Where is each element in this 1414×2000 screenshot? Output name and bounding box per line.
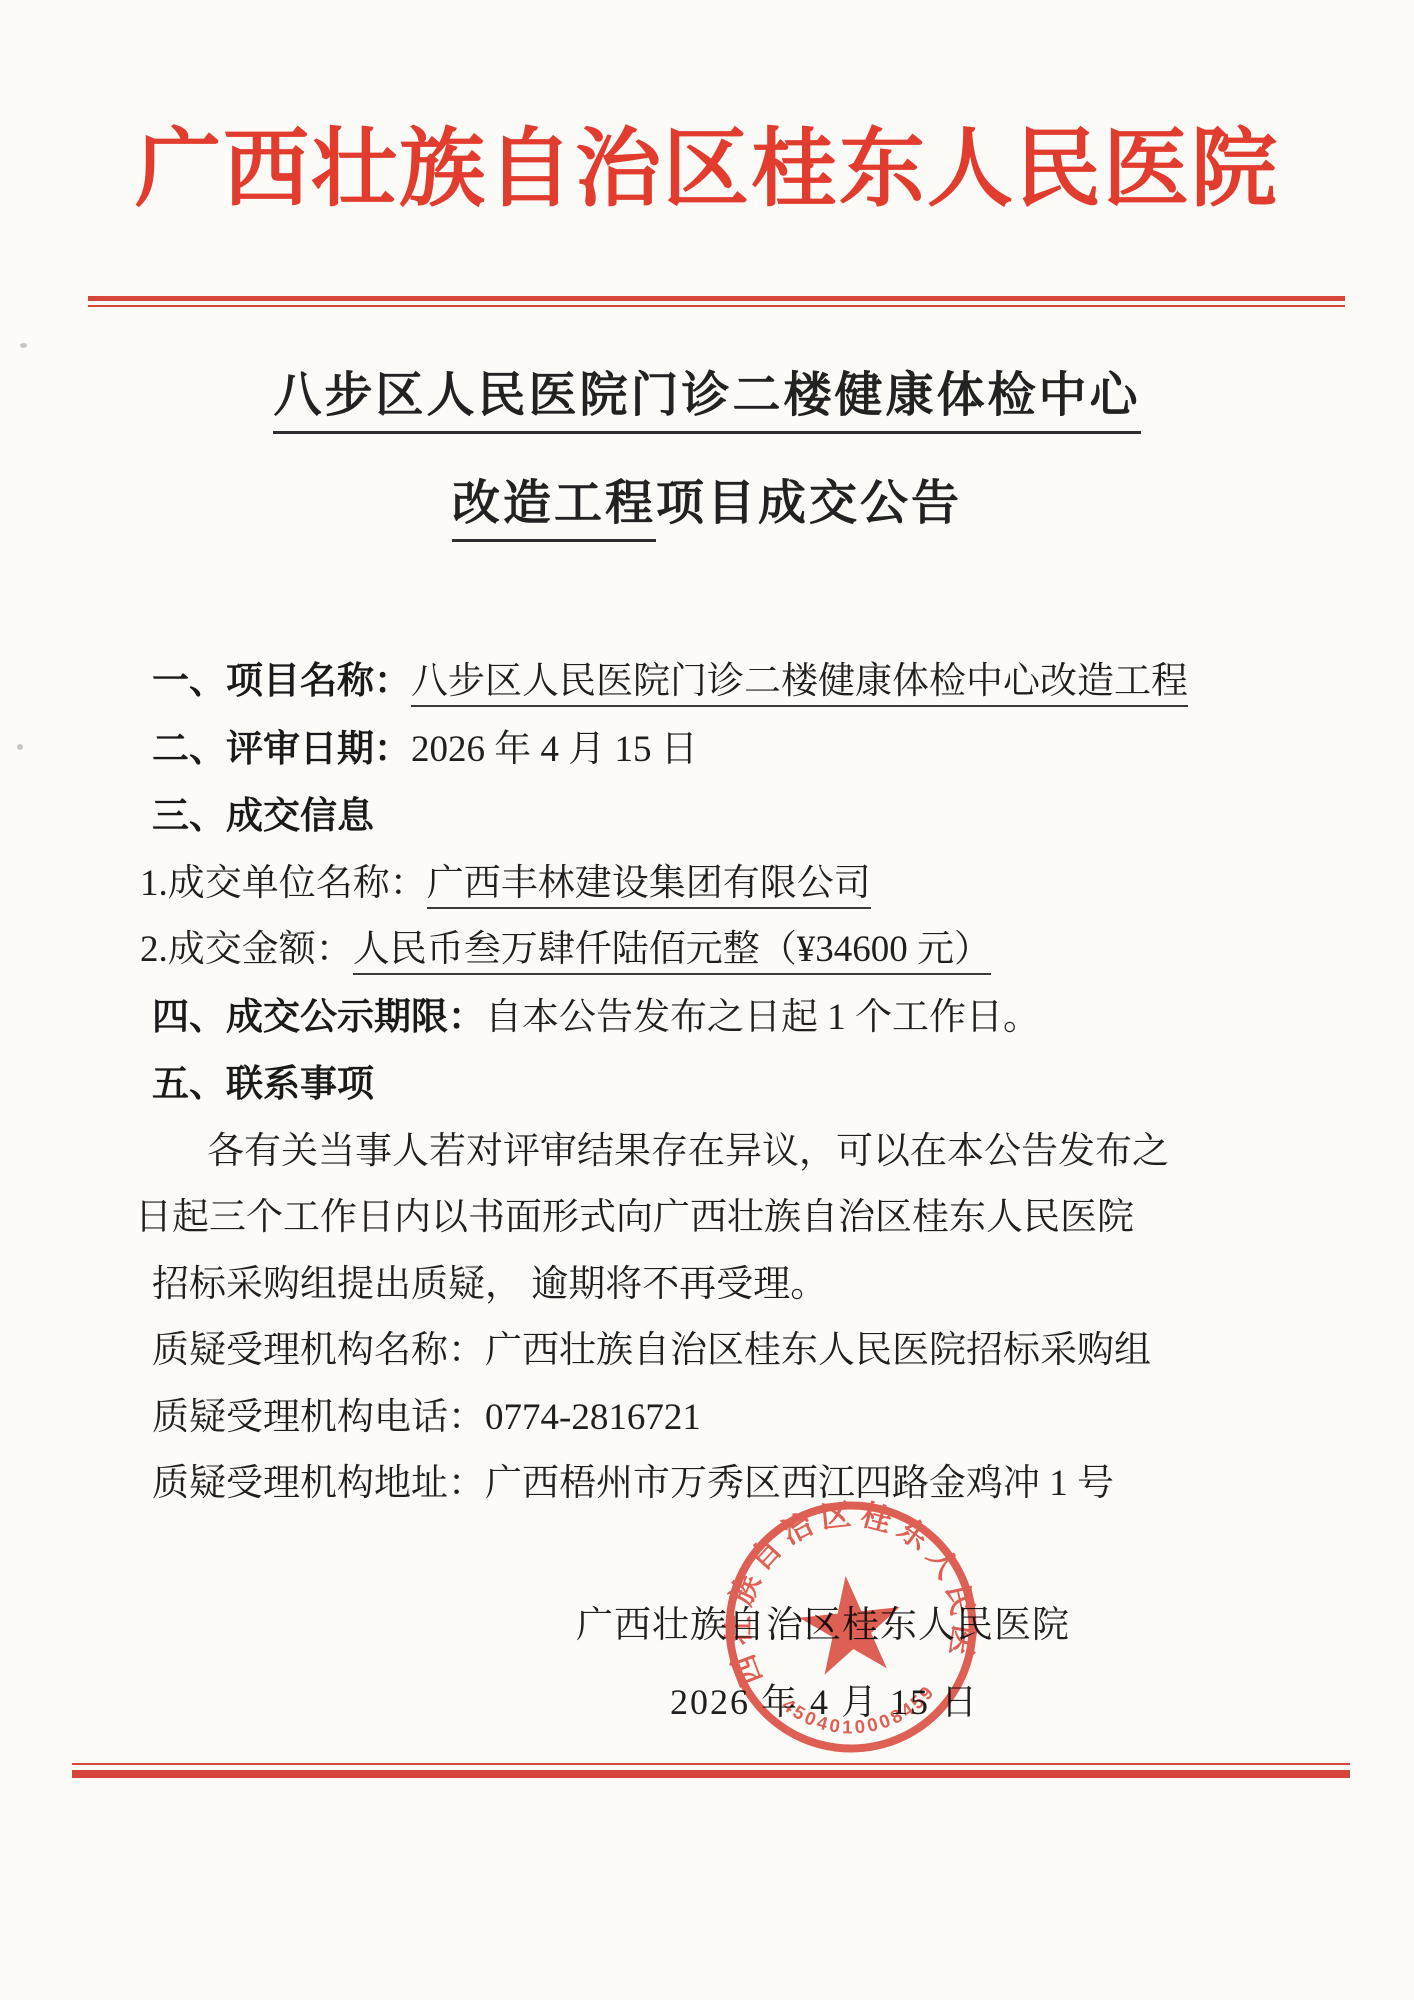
letterhead-title: 广西壮族自治区桂东人民医院 [0,122,1414,217]
field-publicity-period: 四、成交公示期限：自本公告发布之日起 1 个工作日。 [135,984,1295,1052]
field-value: 八步区人民医院门诊二楼健康体检中心改造工程 [411,661,1188,707]
footer-double-rule [72,1763,1350,1778]
paragraph-line: 各有关当事人若对评审结果存在异议，可以在本公告发布之 [135,1119,1295,1186]
header-rule-thin [88,305,1345,307]
field-label: 1.成交单位名称： [140,863,427,904]
footer-rule-thick [72,1770,1350,1778]
document-page: 广西壮族自治区桂东人民医院 八步区人民医院门诊二楼健康体检中心 改造工程项目成交… [0,0,1414,2000]
doc-title-line2-rest: 项目成交公告 [656,477,962,530]
field-label: 2.成交金额： [140,929,353,970]
section-heading-transaction-info: 三、成交信息 [135,783,1295,851]
contact-agency-name: 质疑受理机构名称：广西壮族自治区桂东人民医院招标采购组 [135,1318,1295,1385]
field-value: 人民币叁万肆仟陆佰元整（¥34600 元） [353,929,991,975]
seal-star-icon [795,1571,906,1677]
field-project-name: 一、项目名称：八步区人民医院门诊二楼健康体检中心改造工程 [135,648,1295,716]
field-label: 四、成交公示期限： [152,996,485,1037]
doc-title-line1-text: 八步区人民医院门诊二楼健康体检中心 [273,369,1140,434]
official-seal-stamp: 广西壮族自治区桂东人民医院 4504010008459 [705,1481,997,1773]
field-value: 自本公告发布之日起 1 个工作日。 [485,997,1040,1038]
header-double-rule [88,296,1345,307]
scan-speck [17,744,23,750]
field-value: 广西丰林建设集团有限公司 [427,863,871,909]
section-heading-label: 五、联系事项 [152,1063,374,1104]
doc-title-line1: 八步区人民医院门诊二楼健康体检中心 [0,356,1414,425]
header-rule-thick [88,296,1345,301]
document-body: 一、项目名称：八步区人民医院门诊二楼健康体检中心改造工程 二、评审日期：2026… [135,648,1295,1518]
section-heading-contact-matters: 五、联系事项 [135,1051,1295,1119]
field-label: 二、评审日期： [152,728,411,769]
paragraph-line: 招标采购组提出质疑， 逾期将不再受理。 [135,1252,1295,1319]
paragraph-line: 日起三个工作日内以书面形式向广西壮族自治区桂东人民医院 [135,1185,1295,1252]
doc-title-line2-underlined: 改造工程 [452,477,656,542]
field-value: 2026 年 4 月 15 日 [411,729,698,770]
doc-title-line2: 改造工程项目成交公告 [0,464,1414,533]
footer-rule-thin [72,1763,1350,1765]
field-label: 一、项目名称： [152,660,411,701]
contact-agency-phone: 质疑受理机构电话：0774-2816721 [135,1385,1295,1452]
field-review-date: 二、评审日期：2026 年 4 月 15 日 [135,716,1295,784]
scan-speck [20,343,27,348]
field-winning-supplier: 1.成交单位名称：广西丰林建设集团有限公司 [135,851,1295,918]
section-heading-label: 三、成交信息 [152,795,374,836]
field-transaction-amount: 2.成交金额：人民币叁万肆仟陆佰元整（¥34600 元） [135,917,1295,984]
